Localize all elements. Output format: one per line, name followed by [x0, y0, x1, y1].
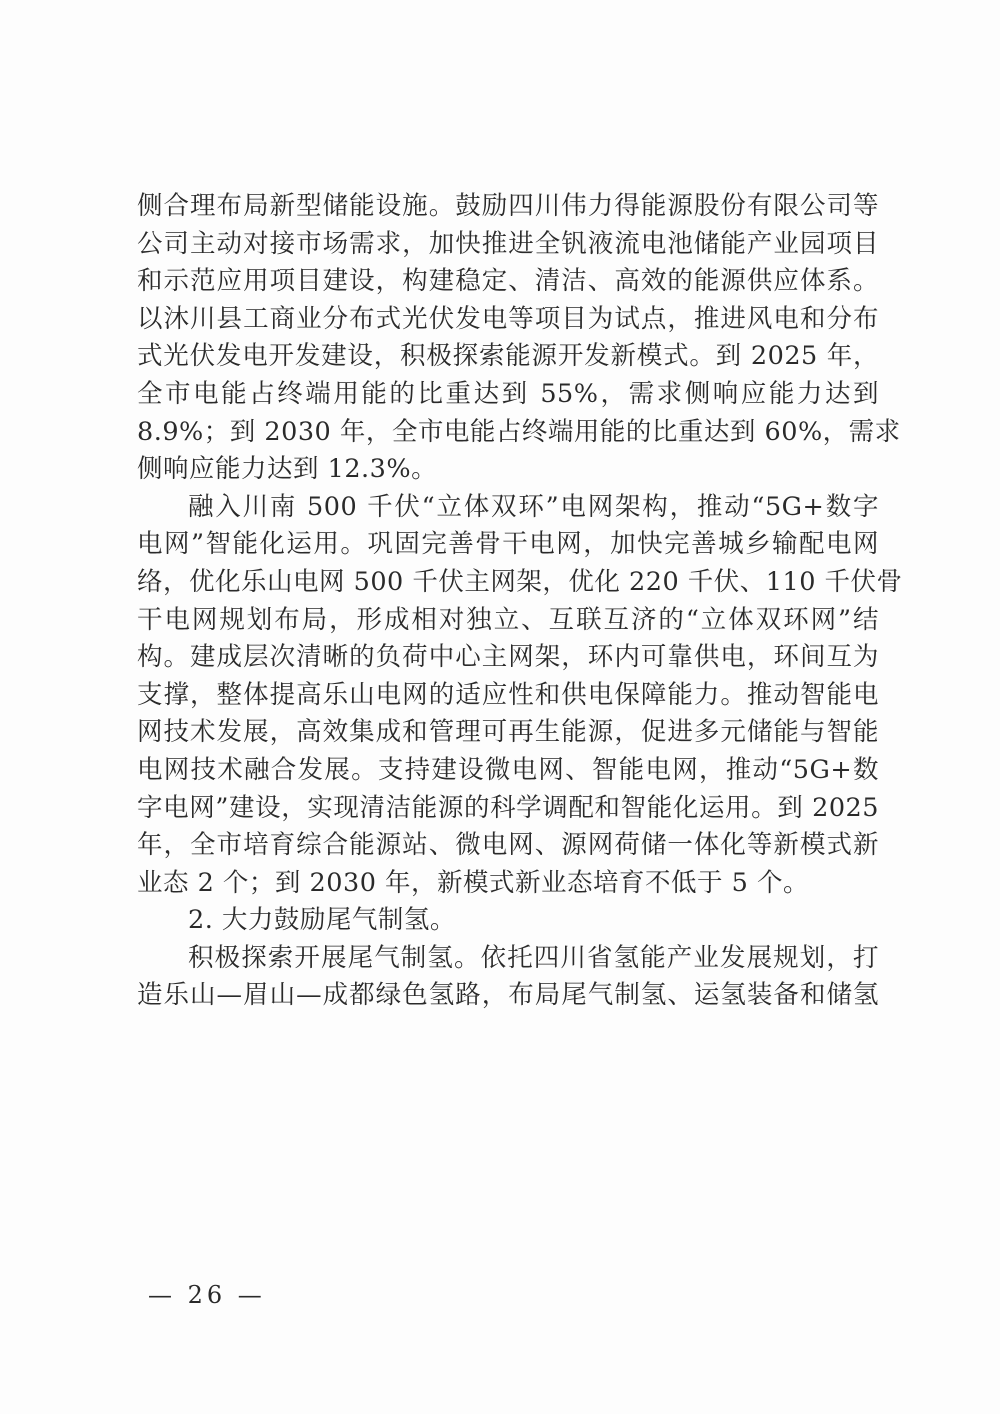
paragraph-energy-storage: 侧合理布局新型储能设施。鼓励四川伟力得能源股份有限公司等 公司主动对接市场需求，…	[137, 188, 879, 489]
text-line: 字电网”建设，实现清洁能源的科学调配和智能化运用。到 2025	[137, 790, 879, 828]
body-text: 侧合理布局新型储能设施。鼓励四川伟力得能源股份有限公司等 公司主动对接市场需求，…	[137, 188, 879, 1015]
page-number: — 26 —	[148, 1278, 266, 1312]
text-line: 融入川南 500 千伏“立体双环”电网架构，推动“5G+数字	[137, 489, 879, 527]
text-line: 电网技术融合发展。支持建设微电网、智能电网，推动“5G+数	[137, 752, 879, 790]
text-line: 支撑，整体提高乐山电网的适应性和供电保障能力。推动智能电	[137, 677, 879, 715]
paragraph-hydrogen: 积极探索开展尾气制氢。依托四川省氢能产业发展规划，打 造乐山—眉山—成都绿色氢路…	[137, 940, 879, 1015]
text-line: 业态 2 个；到 2030 年，新模式新业态培育不低于 5 个。	[137, 865, 879, 903]
text-line: 侧响应能力达到 12.3%。	[137, 451, 879, 489]
text-line: 电网”智能化运用。巩固完善骨干电网，加快完善城乡输配电网	[137, 526, 879, 564]
text-line: 8.9%；到 2030 年，全市电能占终端用能的比重达到 60%，需求	[137, 414, 879, 452]
section-heading: 2. 大力鼓励尾气制氢。	[137, 902, 879, 940]
heading-text: 2. 大力鼓励尾气制氢。	[137, 902, 879, 940]
paragraph-power-grid: 融入川南 500 千伏“立体双环”电网架构，推动“5G+数字 电网”智能化运用。…	[137, 489, 879, 903]
text-line: 造乐山—眉山—成都绿色氢路，布局尾气制氢、运氢装备和储氢	[137, 977, 879, 1015]
text-line: 和示范应用项目建设，构建稳定、清洁、高效的能源供应体系。	[137, 263, 879, 301]
text-line: 年，全市培育综合能源站、微电网、源网荷储一体化等新模式新	[137, 827, 879, 865]
text-line: 络，优化乐山电网 500 千伏主网架，优化 220 千伏、110 千伏骨	[137, 564, 879, 602]
text-line: 公司主动对接市场需求，加快推进全钒液流电池储能产业园项目	[137, 226, 879, 264]
text-line: 侧合理布局新型储能设施。鼓励四川伟力得能源股份有限公司等	[137, 188, 879, 226]
text-line: 全市电能占终端用能的比重达到 55%，需求侧响应能力达到	[137, 376, 879, 414]
text-line: 积极探索开展尾气制氢。依托四川省氢能产业发展规划，打	[137, 940, 879, 978]
text-line: 构。建成层次清晰的负荷中心主网架，环内可靠供电，环间互为	[137, 639, 879, 677]
text-line: 以沐川县工商业分布式光伏发电等项目为试点，推进风电和分布	[137, 301, 879, 339]
text-line: 网技术发展，高效集成和管理可再生能源，促进多元储能与智能	[137, 714, 879, 752]
text-line: 式光伏发电开发建设，积极探索能源开发新模式。到 2025 年，	[137, 338, 879, 376]
document-page: 侧合理布局新型储能设施。鼓励四川伟力得能源股份有限公司等 公司主动对接市场需求，…	[0, 0, 1000, 1414]
text-line: 干电网规划布局，形成相对独立、互联互济的“立体双环网”结	[137, 602, 879, 640]
